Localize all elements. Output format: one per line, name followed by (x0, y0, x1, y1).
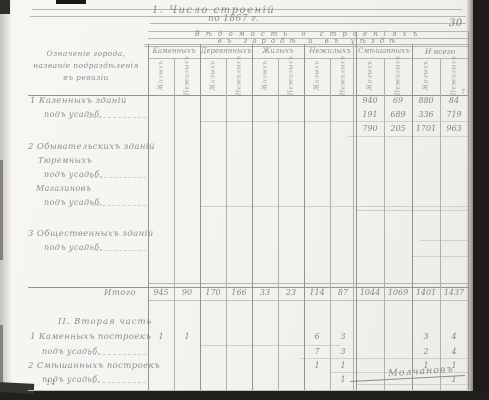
cell-value: 6 (304, 332, 330, 341)
leader-line (92, 205, 146, 206)
total-value: 1401 (412, 288, 440, 297)
cell-value: 1 (174, 332, 200, 341)
cell-value: 7 (304, 347, 330, 356)
page-subtitle: по 1867 г. (208, 14, 259, 24)
row-label: Магазиновъ (36, 184, 91, 193)
column-group-3: Жилыхъ (252, 47, 304, 55)
column-rule-g5 (356, 31, 357, 390)
cell-value: 3 (330, 347, 356, 356)
cell-value: 880 (412, 96, 440, 105)
cell-value: 1 (330, 375, 356, 384)
cell-value: 1701 (412, 124, 440, 133)
cell-value: 4 (440, 332, 468, 341)
total-value: 23 (278, 288, 304, 297)
folio-number: 30 (449, 18, 463, 29)
total-value: 1044 (356, 288, 384, 297)
subcolumn-header-5: Жилыхъ (262, 46, 269, 106)
subcolumn-header-8: Нежилыхъ (340, 46, 347, 106)
column-group-1: Каменныхъ (148, 47, 200, 55)
total-value: 166 (226, 288, 252, 297)
cell-value: 191 (356, 110, 384, 119)
subcolumn-header-7: Жилыхъ (314, 46, 321, 106)
column-group-total: И всего (412, 47, 468, 56)
column-rule-g2 (200, 44, 201, 390)
cell-value: 940 (356, 96, 384, 105)
correction-mark: 7 (461, 89, 465, 96)
rule-top-3 (150, 23, 466, 24)
left-edge-mark-1 (0, 160, 3, 260)
cell-value: 69 (384, 96, 412, 105)
total-value: 1069 (384, 288, 412, 297)
cell-value: 963 (440, 124, 468, 133)
total-row-label: Итого (104, 288, 136, 298)
table-bottom-rule (28, 390, 468, 391)
bottom-binding-strip (0, 391, 489, 400)
total-value: 114 (304, 288, 330, 297)
total-value: 33 (252, 288, 278, 297)
pre-total-rule (148, 283, 468, 284)
total-value: 945 (148, 288, 174, 297)
body-rule (348, 136, 468, 137)
bottom-left-wedge (0, 382, 34, 394)
section-2-heading: II. Вторая часть (58, 317, 152, 327)
cell-value: 336 (412, 110, 440, 119)
cell-value: 790 (356, 124, 384, 133)
cell-value: 3 (412, 332, 440, 341)
row-label: Тюремныхъ (38, 156, 92, 165)
leader-line (88, 117, 146, 118)
body-rule (200, 345, 340, 346)
post-total-rule (148, 300, 468, 301)
band-row-2: въ городѣ и въ уѣздѣ (150, 37, 468, 45)
subcolumn-header-1: Жилыхъ (158, 46, 165, 106)
total-value: 87 (330, 288, 356, 297)
body-rule (200, 121, 468, 122)
subcolumn-header-6: Нежилыхъ (288, 46, 295, 106)
row-label: подъ усадьб. (44, 243, 102, 252)
body-rule (200, 206, 468, 207)
subcolumn-header-3: Жилыхъ (210, 46, 217, 106)
body-rule (420, 240, 470, 241)
row-label: 1 Каменныхъ построекъ (30, 332, 151, 342)
top-left-corner-mark (0, 0, 10, 14)
total-value: 90 (174, 288, 200, 297)
row-label: 3 Общественныхъ зданій (28, 229, 154, 239)
leader-line (90, 177, 146, 178)
total-value: 1437 (440, 288, 468, 297)
right-binding-strip (473, 0, 489, 400)
row-label: 2 Обывательскихъ зданій (28, 142, 155, 152)
cell-value: 1 (148, 332, 174, 341)
column-group-4: Нежилыхъ (304, 47, 356, 55)
table-rule (148, 58, 468, 59)
cell-value: 689 (384, 110, 412, 119)
total-value: 170 (200, 288, 226, 297)
cell-value: 2 (412, 347, 440, 356)
table-right-rule (468, 31, 469, 390)
stub-column-header: Означеніе города, названіе подраздѣленія… (30, 48, 142, 84)
top-edge-mark (56, 0, 86, 4)
cell-value: 84 (440, 96, 468, 105)
column-group-2: Деревянныхъ (200, 47, 252, 55)
cell-value: 3 (330, 332, 356, 341)
column-group-5: Смѣшанныхъ (356, 47, 412, 55)
column-rule (226, 58, 227, 390)
leader-line (95, 250, 146, 251)
footnote-number: 14 (46, 379, 56, 387)
column-rule-g3 (252, 44, 253, 390)
subcolumn-header-4: Нежилыхъ (236, 46, 243, 106)
cell-value: 1 (304, 361, 330, 370)
cell-value: 1 (330, 361, 356, 370)
column-rule (384, 58, 385, 390)
column-rule (278, 58, 279, 390)
scanned-document-page: 1. Число строеній по 1867 г. 30 Вѣдомост… (0, 0, 489, 400)
cell-value: 205 (384, 124, 412, 133)
subcolumn-header-2: Нежилыхъ (184, 46, 191, 106)
row-label: 2 Смѣшанныхъ построекъ (28, 361, 160, 371)
cell-value: 719 (440, 110, 468, 119)
row-label: подъ усадьб. (42, 347, 100, 356)
cell-value: 4 (440, 347, 468, 356)
row-label: 1 Казенныхъ зданій (30, 96, 127, 106)
